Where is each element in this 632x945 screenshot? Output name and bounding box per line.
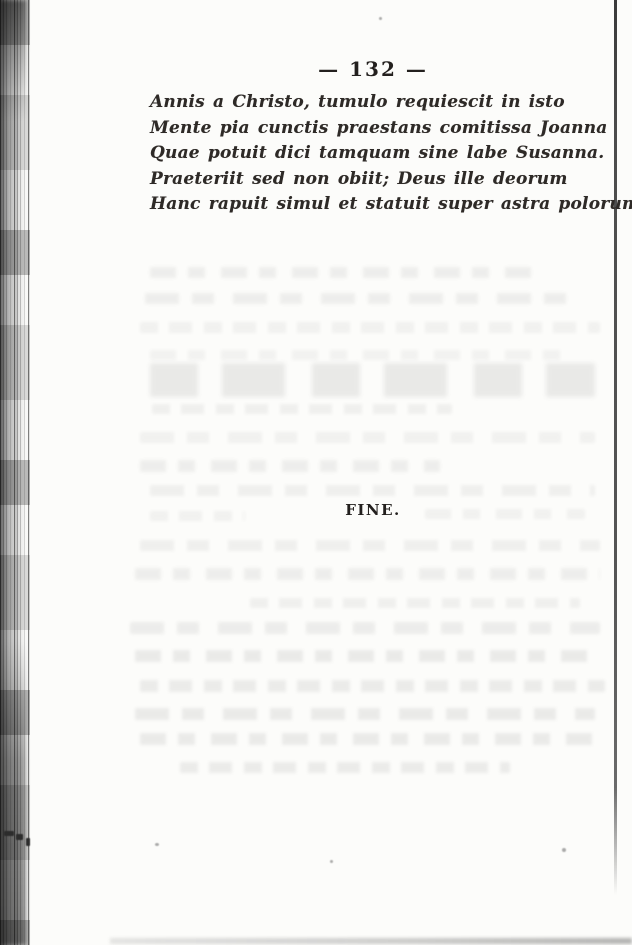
bleedthrough-line — [135, 650, 595, 662]
bleedthrough-line — [180, 762, 510, 773]
bleedthrough-line — [140, 432, 595, 443]
bleedthrough-line — [140, 460, 440, 472]
poem-line: Annis a Christo, tumulo requiescit in is… — [150, 90, 620, 116]
page-bottom-edge-smudge — [110, 938, 632, 944]
poem-line: Mente pia cunctis praestans comitissa Jo… — [150, 116, 620, 142]
poem-line: Praeteriit sed non obiit; Deus ille deor… — [150, 167, 620, 193]
bleedthrough-line — [135, 568, 600, 580]
bleedthrough-line — [150, 350, 570, 360]
bleedthrough-line — [150, 485, 595, 496]
scanned-book-page: — 132 — Annis a Christo, tumulo requiesc… — [0, 0, 632, 945]
binding-bottom-shadow — [0, 640, 26, 945]
bleedthrough-line — [130, 622, 600, 634]
poem: Annis a Christo, tumulo requiescit in is… — [150, 90, 620, 218]
page-number: — 132 — — [118, 57, 628, 81]
bleedthrough-line — [145, 293, 585, 304]
binding-ink-mark — [4, 831, 14, 836]
bleedthrough-line — [250, 598, 580, 608]
bleedthrough-line — [150, 267, 540, 278]
speck — [155, 843, 159, 846]
bleedthrough-line — [150, 511, 245, 521]
bleedthrough-line — [152, 404, 452, 414]
bleedthrough-line — [135, 708, 595, 720]
speck — [379, 17, 382, 20]
binding-top-shadow — [0, 0, 26, 120]
bleedthrough-line — [140, 540, 600, 551]
poem-line: Hanc rapuit simul et statuit super astra… — [150, 192, 620, 218]
binding-ink-mark — [16, 834, 23, 840]
speck — [562, 848, 566, 852]
binding-ink-mark — [26, 838, 30, 846]
bleedthrough-line — [140, 733, 595, 745]
bleedthrough-line — [140, 680, 605, 692]
speck — [330, 860, 333, 863]
bleedthrough-line — [425, 509, 585, 519]
poem-line: Quae potuit dici tamquam sine labe Susan… — [150, 141, 620, 167]
bleedthrough-line — [140, 322, 600, 333]
bleedthrough-heading — [150, 363, 595, 397]
